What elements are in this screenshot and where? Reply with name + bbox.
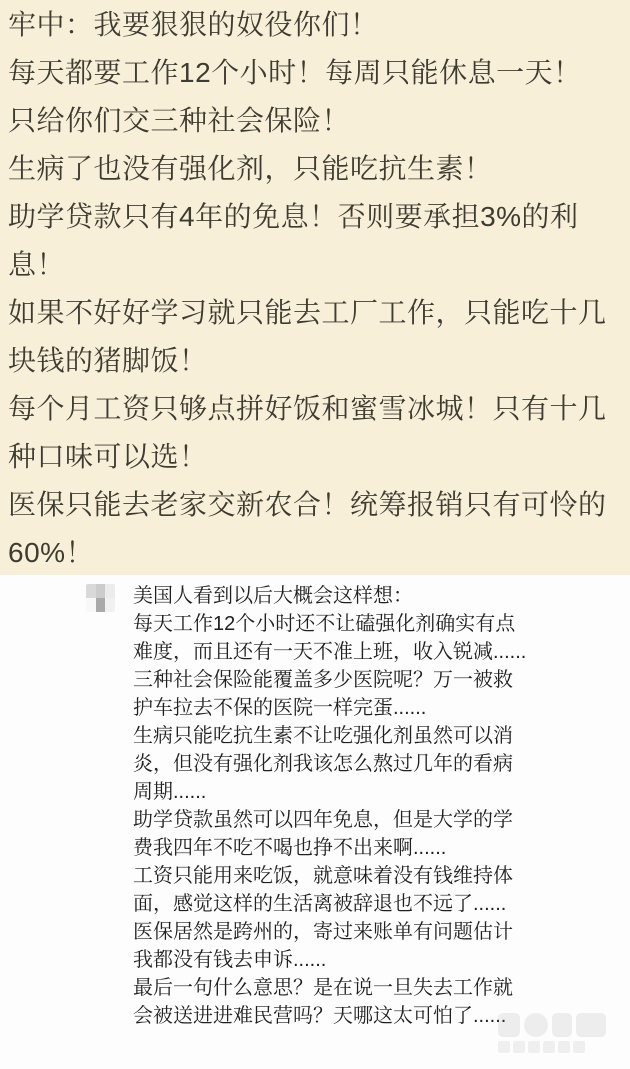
avatar-pixel	[86, 598, 96, 612]
comment-paragraph: 三种社会保险能覆盖多少医院呢？万一被救护车拉去不保的医院一样完蛋......	[133, 666, 531, 722]
avatar-pixel	[96, 584, 106, 598]
meme-line: 只给你们交三种社会保险！	[8, 97, 622, 145]
comment-paragraph: 最后一句什么意思？是在说一旦失去工作就会被送进进难民营吗？天哪这太可怕了....…	[133, 974, 531, 1030]
meme-line: 生病了也没有强化剂，只能吃抗生素！	[8, 145, 622, 193]
meme-line: 医保只能去老家交新农合！统筹报销只有可怜的60%！	[8, 481, 622, 575]
comment-section: 美国人看到以后大概会这样想：每天工作12个小时还不让磕强化剂确实有点难度，而且还…	[0, 575, 630, 1069]
avatar-pixel	[96, 598, 106, 612]
watermark-subtext	[498, 1041, 618, 1053]
comment-paragraph: 医保居然是跨州的，寄过来账单有问题估计我都没有钱去申诉......	[133, 918, 531, 974]
meme-line: 牢中：我要狠狠的奴役你们！	[8, 1, 622, 49]
meme-line: 如果不好好学习就只能去工厂工作，只能吃十几块钱的猪脚饭！	[8, 289, 622, 385]
comment-paragraph: 工资只能用来吃饭，就意味着没有钱维持体面，感觉这样的生活离被辞退也不远了....…	[133, 862, 531, 918]
comment-paragraph: 生病只能吃抗生素不让吃强化剂虽然可以消炎，但没有强化剂我该怎么熬过几年的看病周期…	[133, 722, 531, 806]
meme-line: 每个月工资只够点拼好饭和蜜雪冰城！只有十几种口味可以选！	[8, 385, 622, 481]
comment-paragraph: 助学贷款虽然可以四年免息，但是大学的学费我四年不吃不喝也挣不出来啊......	[133, 806, 531, 862]
avatar-pixel	[105, 598, 115, 612]
avatar-pixel	[86, 584, 96, 598]
meme-line: 每天都要工作12个小时！每周只能休息一天！	[8, 49, 622, 97]
comment-paragraph: 美国人看到以后大概会这样想：	[133, 582, 531, 610]
comment-text: 美国人看到以后大概会这样想：每天工作12个小时还不让磕强化剂确实有点难度，而且还…	[133, 582, 531, 1030]
meme-text-section: 牢中：我要狠狠的奴役你们！每天都要工作12个小时！每周只能休息一天！只给你们交三…	[0, 0, 630, 575]
screenshot-page: 牢中：我要狠狠的奴役你们！每天都要工作12个小时！每周只能休息一天！只给你们交三…	[0, 0, 630, 1069]
comment-paragraph: 每天工作12个小时还不让磕强化剂确实有点难度，而且还有一天不准上班，收入锐减..…	[133, 610, 531, 666]
comment-row: 美国人看到以后大概会这样想：每天工作12个小时还不让磕强化剂确实有点难度，而且还…	[86, 582, 531, 1030]
avatar-pixel	[105, 584, 115, 598]
avatar	[86, 584, 115, 612]
meme-line: 助学贷款只有4年的免息！否则要承担3%的利息！	[8, 193, 622, 289]
